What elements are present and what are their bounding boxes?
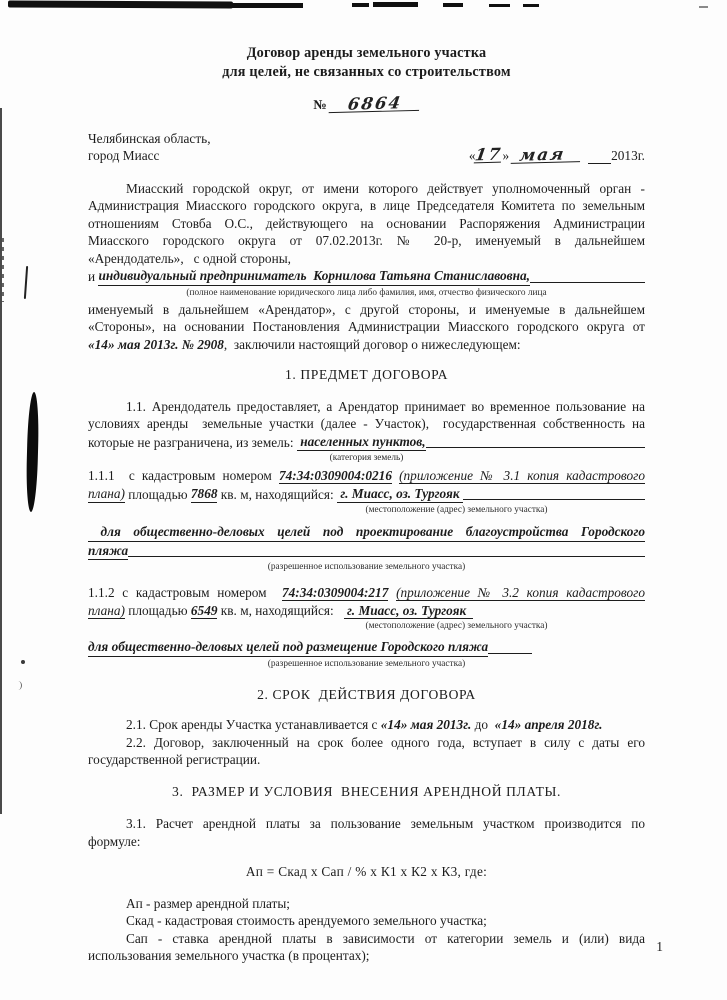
- area-2: 6549: [191, 603, 218, 619]
- text-line: Скад - кадастровая стоимость арендуемого…: [88, 912, 645, 930]
- text-line: Ап - размер арендной платы;: [88, 895, 645, 913]
- text-segment: [463, 496, 645, 500]
- text-segment: Сап - ставка арендной платы в зависимост…: [126, 931, 645, 946]
- text-segment: Миасский городской округ, от имени котор…: [126, 181, 645, 196]
- section-2-heading: 2. СРОК ДЕЙСТВИЯ ДОГОВОРА: [88, 686, 645, 704]
- clause-2-1: 2.1. Срок аренды Участка устанавливается…: [88, 716, 645, 734]
- doc-number: № 6864: [88, 96, 645, 114]
- text-line: формуле:: [88, 833, 645, 851]
- text-segment: Ап - размер арендной платы;: [126, 896, 290, 911]
- scan-left-dashes: [2, 238, 4, 302]
- permitted-use-2: для общественно-деловых целей под размещ…: [88, 638, 488, 657]
- date-block: «17» мая 2013г.: [469, 147, 645, 165]
- doc-title-line1: Договор аренды земельного участка: [88, 44, 645, 63]
- doc-number-line: № 6864: [88, 96, 645, 114]
- text-segment: формуле:: [88, 834, 140, 849]
- text-line: Миасского городского округа от 07.02.201…: [88, 232, 645, 250]
- text-line: 2.1. Срок аренды Участка устанавливается…: [88, 716, 645, 734]
- section-1-heading: 1. ПРЕДМЕТ ДОГОВОРА: [88, 366, 645, 384]
- text-segment: кв. м, находящийся:: [217, 486, 337, 504]
- section-3-heading: 3. РАЗМЕР И УСЛОВИЯ ВНЕСЕНИЯ АРЕНДНОЙ ПЛ…: [88, 783, 645, 801]
- text-line: 2.2. Договор, заключенный на срок более …: [88, 734, 645, 752]
- text-segment: [128, 553, 645, 557]
- text-line: для общественно-деловых целей под размещ…: [88, 638, 645, 657]
- text-segment: (категория земель): [330, 453, 404, 463]
- paragraph-named: именуемый в дальнейшем «Арендатор», с др…: [88, 301, 645, 354]
- clause-1-1-2-use: для общественно-деловых целей под размещ…: [88, 638, 645, 670]
- cadastral-number-1: 74:34:0309004:0216: [279, 468, 392, 484]
- text-segment: площадью: [125, 603, 191, 618]
- text-line: которые не разграничена, из земель: насе…: [88, 433, 645, 452]
- text-segment: и: [88, 268, 98, 286]
- scanned-page: Договор аренды земельного участка для це…: [0, 0, 727, 1000]
- scan-top-right-tick: [699, 6, 708, 8]
- text-segment: условиях аренды земельные участки (далее…: [88, 416, 645, 431]
- text-segment: именуемый в дальнейшем «Арендатор», с др…: [88, 302, 645, 317]
- lease-end-date: «14» апреля 2018г.: [495, 717, 603, 732]
- text-segment: 2.2. Договор, заключенный на срок более …: [126, 735, 645, 750]
- text-segment: пляжа: [88, 542, 128, 561]
- text-segment: (разрешенное использование земельного уч…: [268, 562, 465, 572]
- text-segment: [426, 444, 645, 448]
- text-segment: 1.1. Арендодатель предоставляет, а Аренд…: [126, 399, 645, 414]
- text-segment: 3.1. Расчет арендной платы за пользовани…: [126, 816, 645, 831]
- text-segment: (разрешенное использование земельного уч…: [268, 659, 465, 669]
- text-segment: 1.1.1 с кадастровым номером: [88, 468, 279, 483]
- scan-paren-mark: [16, 681, 22, 690]
- page-number: 1: [656, 938, 663, 956]
- text-segment: до: [471, 717, 494, 732]
- permitted-use-1: для общественно-деловых целей под проект…: [88, 524, 645, 539]
- formula-definitions: Ап - размер арендной платы;Скад - кадаст…: [88, 895, 645, 965]
- text-line: Сап - ставка арендной платы в зависимост…: [88, 930, 645, 948]
- place-date-row: Челябинская область, город Миасс «17» ма…: [88, 130, 645, 165]
- lease-start-date: «14» мая 2013г.: [381, 717, 472, 732]
- text-line: использования земельного участка (в проц…: [88, 947, 645, 965]
- text-line: «Стороны», на основании Постановления Ад…: [88, 318, 645, 336]
- text-line: (разрешенное использование земельного уч…: [88, 561, 645, 573]
- text-line: условиях аренды земельные участки (далее…: [88, 415, 645, 433]
- text-line: 1.1.1 с кадастровым номером 74:34:030900…: [88, 467, 645, 485]
- text-line: «Арендодатель», с одной стороны,: [88, 250, 645, 268]
- date-line: «17» мая 2013г.: [469, 147, 645, 165]
- tenant-line: и индивидуальный предприниматель Корнило…: [88, 267, 645, 286]
- text-line: Администрация Миасского городского округ…: [88, 197, 645, 215]
- location-1: г. Миасс, оз. Тургояк: [337, 485, 463, 504]
- area-1: 7868: [191, 485, 218, 504]
- text-segment: (полное наименование юридического лица л…: [186, 288, 546, 298]
- text-line: пляжа: [88, 542, 645, 561]
- tenant-name: индивидуальный предприниматель Корнилова…: [98, 267, 529, 286]
- text-line: 3.1. Расчет арендной платы за пользовани…: [88, 815, 645, 833]
- text-segment: 2.1. Срок аренды Участка устанавливается…: [126, 717, 381, 732]
- clause-2-2: 2.2. Договор, заключенный на срок более …: [88, 734, 645, 769]
- text-segment: [488, 650, 532, 654]
- text-line: «14» мая 2013г. № 2908, заключили настоя…: [88, 336, 645, 354]
- text-segment: (местоположение (адрес) земельного участ…: [365, 621, 547, 631]
- text-line: 1.1.2 с кадастровым номером 74:34:030900…: [88, 584, 645, 602]
- rent-formula: Ап = Скад х Сап / % х К1 х К2 х К3, где:: [88, 863, 645, 881]
- date-day: 17: [474, 147, 503, 164]
- text-line: государственной регистрации.: [88, 751, 645, 769]
- text-segment: Администрация Миасского городского округ…: [88, 198, 645, 213]
- text-segment: кв. м, находящийся:: [217, 603, 343, 618]
- text-segment: [388, 585, 396, 600]
- text-line: Миасский городской округ, от имени котор…: [88, 180, 645, 198]
- scan-pen-mark: [24, 266, 28, 299]
- text-segment: Миасского городского округа от 07.02.201…: [88, 233, 645, 248]
- text-segment: «Стороны», на основании Постановления Ад…: [88, 319, 645, 334]
- scan-ink-dot: [21, 660, 25, 664]
- text-segment: (местоположение (адрес) земельного участ…: [365, 505, 547, 515]
- doc-title-line2: для целей, не связанных со строительство…: [88, 63, 645, 82]
- date-year: 2013г.: [611, 148, 645, 163]
- text-line: плана) площадью 6549 кв. м, находящийся:…: [88, 602, 645, 620]
- text-line: (категория земель): [88, 452, 645, 464]
- text-segment: [530, 279, 645, 283]
- document-body: Договор аренды земельного участка для це…: [88, 0, 645, 965]
- text-segment: плана): [88, 485, 125, 504]
- place-block: Челябинская область, город Миасс: [88, 130, 211, 165]
- region-name: Челябинская область,: [88, 130, 211, 148]
- text-line: (местоположение (адрес) земельного участ…: [88, 620, 645, 632]
- scan-ink-blob: [25, 392, 39, 512]
- text-segment: [581, 148, 588, 163]
- text-segment: отношениям Стовба О.С., действующего на …: [88, 216, 645, 231]
- text-segment: 1.1.2 с кадастровым номером: [88, 585, 282, 600]
- clause-1-1-2: 1.1.2 с кадастровым номером 74:34:030900…: [88, 584, 645, 632]
- clause-1-1-1-use: для общественно-деловых целей под проект…: [88, 523, 645, 573]
- text-segment: (приложение № 3.2 копия кадастрового: [396, 585, 645, 601]
- text-line: (разрешенное использование земельного уч…: [88, 658, 645, 670]
- doc-title: Договор аренды земельного участка для це…: [88, 44, 645, 82]
- resolution-ref: «14» мая 2013г. № 2908: [88, 337, 224, 352]
- clause-1-1-1: 1.1.1 с кадастровым номером 74:34:030900…: [88, 467, 645, 516]
- text-segment: «Арендодатель», с одной стороны,: [88, 251, 291, 266]
- text-segment: (приложение № 3.1 копия кадастрового: [399, 468, 645, 484]
- text-line: (местоположение (адрес) земельного участ…: [88, 504, 645, 516]
- text-segment: государственной регистрации.: [88, 752, 260, 767]
- text-line: 1.1. Арендодатель предоставляет, а Аренд…: [88, 398, 645, 416]
- clause-1-1: 1.1. Арендодатель предоставляет, а Аренд…: [88, 398, 645, 465]
- location-2: г. Миасс, оз. Тургояк: [344, 603, 473, 619]
- city-name: город Миасс: [88, 147, 211, 165]
- text-line: плана) площадью 7868 кв. м, находящийся:…: [88, 485, 645, 504]
- text-segment: плана): [88, 603, 125, 619]
- text-segment: площадью: [125, 486, 191, 504]
- scan-left-edge-line: [0, 108, 2, 814]
- text-line: (полное наименование юридического лица л…: [88, 287, 645, 299]
- text-segment: которые не разграничена, из земель:: [88, 434, 297, 452]
- cadastral-number-2: 74:34:0309004:217: [282, 585, 388, 601]
- text-segment: Скад - кадастровая стоимость арендуемого…: [126, 913, 487, 928]
- doc-number-value: 6864: [328, 95, 421, 113]
- date-blank: [588, 148, 611, 164]
- text-line: отношениям Стовба О.С., действующего на …: [88, 215, 645, 233]
- land-category: населенных пунктов,: [297, 433, 426, 452]
- text-line: для общественно-деловых целей под проект…: [88, 523, 645, 542]
- paragraph-parties: Миасский городской округ, от имени котор…: [88, 180, 645, 299]
- doc-number-label: №: [313, 97, 330, 112]
- text-segment: использования земельного участка (в проц…: [88, 948, 370, 963]
- clause-3-1: 3.1. Расчет арендной платы за пользовани…: [88, 815, 645, 850]
- text-line: именуемый в дальнейшем «Арендатор», с др…: [88, 301, 645, 319]
- date-month: мая: [511, 146, 582, 164]
- text-segment: , заключили настоящий договор о нижеслед…: [224, 337, 521, 352]
